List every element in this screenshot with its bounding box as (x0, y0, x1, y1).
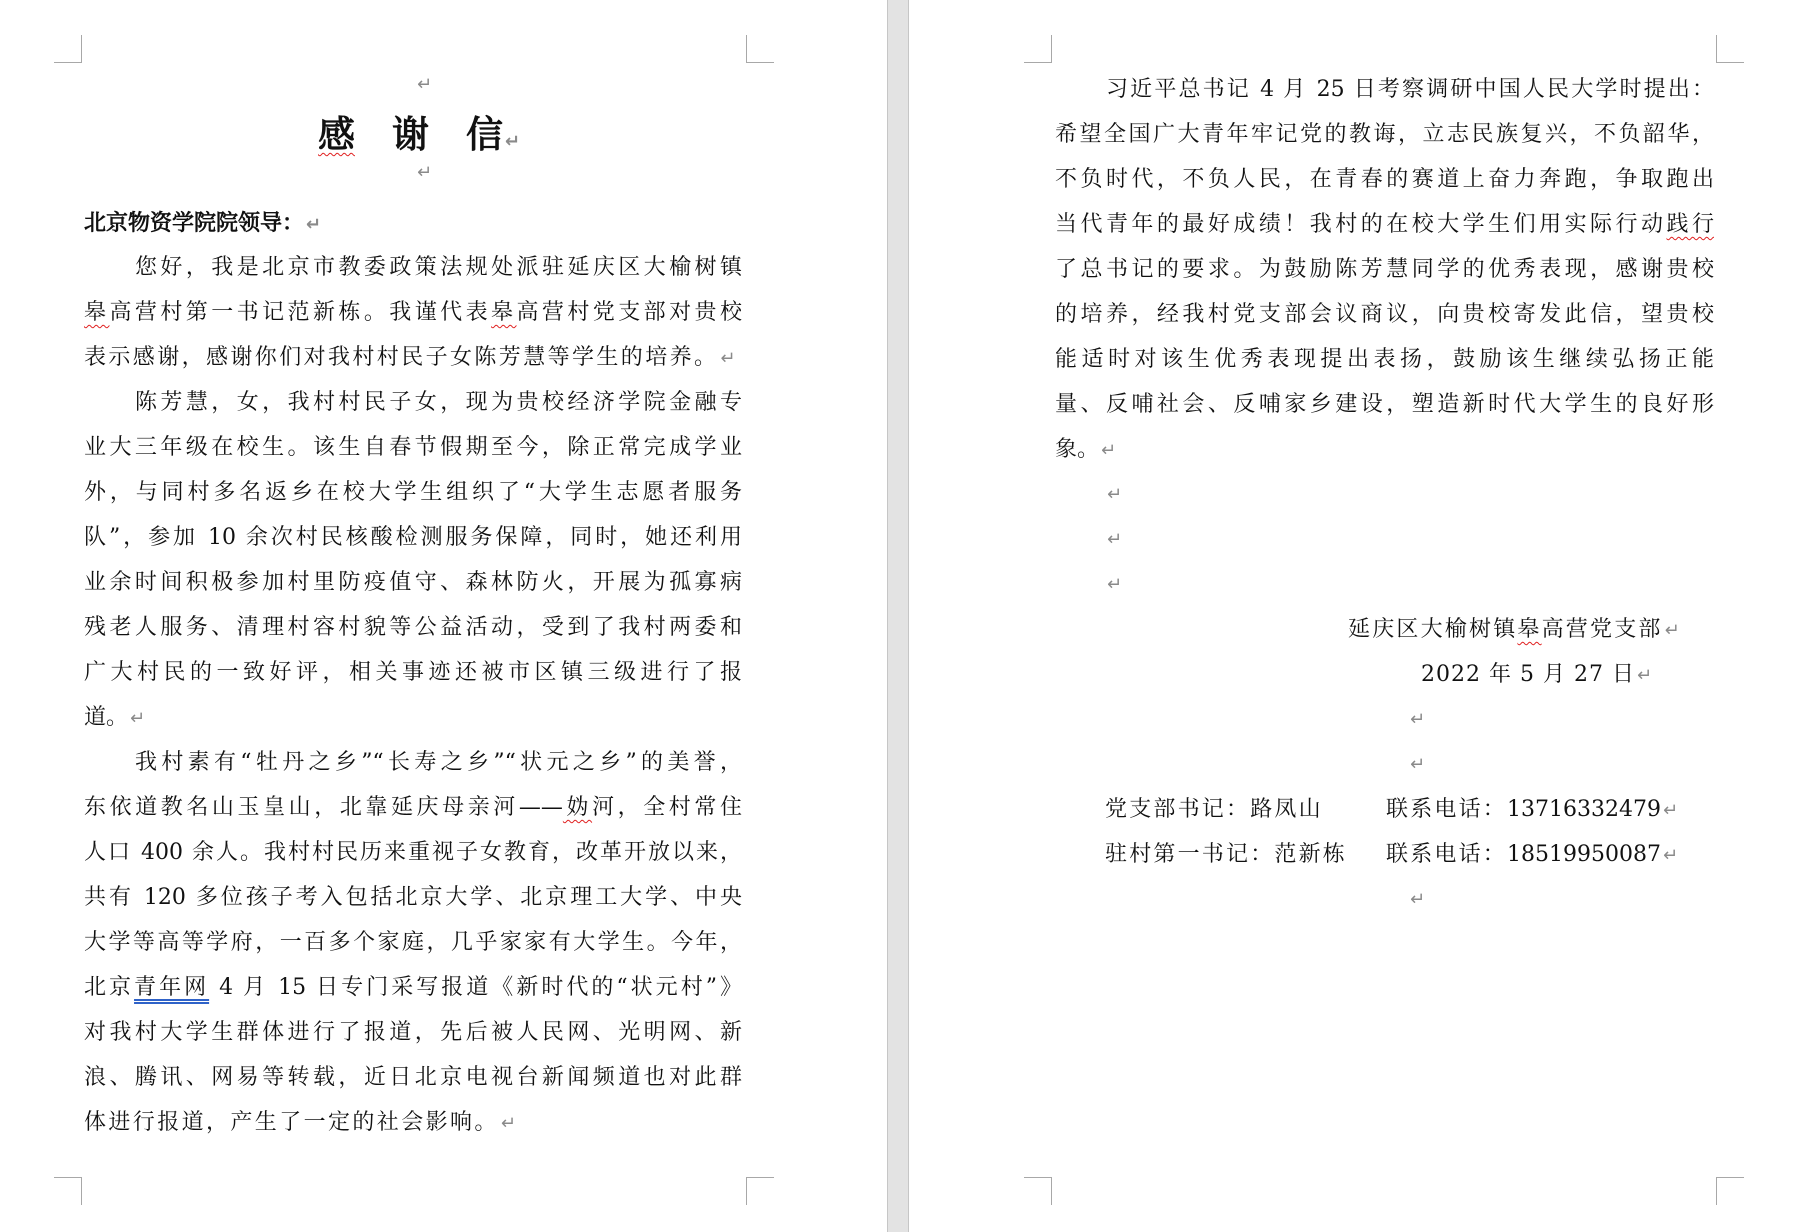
text-line: 量、反哺社会、反哺家乡建设，塑造新时代大学生的良好形 (1055, 390, 1714, 420)
spelling-flag: 皋 (84, 300, 109, 325)
text-line: 共有 120 多位孩子考入包括北京大学、北京理工大学、中央 (84, 883, 742, 913)
paragraph-mark: ↵ (417, 158, 432, 188)
paragraph-mark: ↵ (1107, 570, 1122, 600)
text-line: 我村素有“牡丹之乡”“长寿之乡”“状元之乡”的美誉， (135, 748, 742, 778)
text-line: 皋高营村第一书记范新栋。我谨代表皋高营村党支部对贵校 (84, 298, 742, 328)
text-line: 您好，我是北京市教委政策法规处派驻延庆区大榆树镇 (135, 253, 742, 283)
margin-corner-bottom-right (1716, 1177, 1744, 1205)
salutation-text: 北京物资学院院领导： (84, 210, 304, 236)
paragraph-mark: ↵ (501, 1113, 518, 1134)
margin-corner-bottom-right (746, 1177, 774, 1205)
text-line: 希望全国广大青年牢记党的教诲，立志民族复兴，不负韶华， (1055, 120, 1714, 150)
spelling-flag: 妫 (563, 795, 592, 820)
paragraph-mark: ↵ (720, 348, 737, 369)
text-line: 东依道教名山玉皇山，北靠延庆母亲河——妫河，全村常住 (84, 793, 742, 823)
spelling-flag: 皋 (491, 300, 516, 325)
contact-phone: 联系电话：18519950087↵ (1386, 840, 1680, 870)
text-line: 队”，参加 10 余次村民核酸检测服务保障，同时，她还利用 (84, 523, 742, 553)
text-line: 业大三年级在校生。该生自春节假期至今，除正常完成学业 (84, 433, 742, 463)
page-gap (887, 0, 909, 1232)
spelling-flag: 皋 (1517, 617, 1541, 642)
text-line: 浪、腾讯、网易等转载，近日北京电视台新闻频道也对此群 (84, 1063, 742, 1093)
text-line: 习近平总书记 4 月 25 日考察调研中国人民大学时提出： (1106, 75, 1714, 105)
paragraph-mark: ↵ (1107, 525, 1122, 555)
contact-phone: 联系电话：13716332479↵ (1386, 795, 1680, 825)
contact-row: 驻村第一书记：范新栋 (1105, 840, 1347, 870)
paragraph-mark: ↵ (1665, 620, 1682, 641)
document-page-2[interactable]: 习近平总书记 4 月 25 日考察调研中国人民大学时提出： 希望全国广大青年牢记… (909, 0, 1793, 1232)
spelling-flag: 践行 (1667, 212, 1714, 237)
paragraph-mark: ↵ (1107, 480, 1122, 510)
text-line: 广大村民的一致好评，相关事迹还被市区镇三级进行了报 (84, 658, 742, 688)
contact-role: 党支部书记：路凤山 (1105, 797, 1323, 822)
contact-role: 驻村第一书记：范新栋 (1105, 842, 1347, 867)
line-text: 表示感谢，感谢你们对我村村民子女陈芳慧等学生的培养。 (84, 345, 718, 370)
text-line: 了总书记的要求。为鼓励陈芳慧同学的优秀表现，感谢贵校 (1055, 255, 1714, 285)
phone-label: 联系电话： (1386, 842, 1507, 867)
line-text: 道。 (84, 705, 128, 730)
phone-label: 联系电话： (1386, 797, 1507, 822)
title-char: 谢 (392, 112, 429, 156)
paragraph-mark: ↵ (505, 131, 520, 152)
paragraph-mark: ↵ (1410, 705, 1425, 735)
text-line: 的培养，经我村党支部会议商议，向贵校寄发此信，望贵校 (1055, 300, 1714, 330)
paragraph-mark: ↵ (130, 708, 145, 729)
line-text: 象。 (1055, 437, 1099, 462)
paragraph-mark: ↵ (1663, 845, 1680, 866)
line-text: 北京 (84, 975, 134, 1000)
phone-number: 13716332479 (1507, 797, 1661, 822)
document-page-1[interactable]: ↵ 感谢信↵ ↵ 北京物资学院院领导：↵ 您好，我是北京市教委政策法规处派驻延庆… (0, 0, 887, 1232)
margin-corner-top-left (1024, 35, 1052, 63)
grammar-flag[interactable]: 青年网 (134, 975, 209, 1000)
signature-organization: 延庆区大榆树镇皋高营党支部↵ (1348, 615, 1682, 645)
margin-corner-bottom-left (1024, 1177, 1052, 1205)
paragraph-mark: ↵ (1410, 885, 1425, 915)
text-line: 人口 400 余人。我村村民历来重视子女教育，改革开放以来， (84, 838, 742, 868)
page-title: 感谢信↵ (318, 112, 520, 164)
line-text: 4 月 15 日专门采写报道《新时代的“状元村”》 (209, 975, 742, 1000)
signature-date: 2022 年 5 月 27 日↵ (1421, 660, 1653, 690)
margin-corner-top-right (746, 35, 774, 63)
margin-corner-top-left (54, 35, 82, 63)
title-char: 感 (318, 112, 355, 156)
paragraph-mark: ↵ (1410, 750, 1425, 780)
date-text: 2022 年 5 月 27 日 (1421, 662, 1635, 687)
text-line: 能适时对该生优秀表现提出表扬，鼓励该生继续弘扬正能 (1055, 345, 1714, 375)
margin-corner-top-right (1716, 35, 1744, 63)
text-line: 陈芳慧，女，我村村民子女，现为贵校经济学院金融专 (135, 388, 742, 418)
phone-number: 18519950087 (1507, 842, 1661, 867)
text-line: 外，与同村多名返乡在校大学生组织了“大学生志愿者服务 (84, 478, 742, 508)
text-line: 北京青年网 4 月 15 日专门采写报道《新时代的“状元村”》 (84, 973, 742, 1003)
title-char: 信 (466, 112, 503, 156)
text-line: 道。↵ (84, 703, 145, 733)
line-text: 体进行报道，产生了一定的社会影响。 (84, 1110, 499, 1135)
text-line: 对我村大学生群体进行了报道，先后被人民网、光明网、新 (84, 1018, 742, 1048)
text-line: 当代青年的最好成绩！我村的在校大学生们用实际行动践行 (1055, 210, 1714, 240)
text-line: 大学等高等学府，一百多个家庭，几乎家家有大学生。今年， (84, 928, 742, 958)
text-line: 残老人服务、清理村容村貌等公益活动，受到了我村两委和 (84, 613, 742, 643)
text-line: 体进行报道，产生了一定的社会影响。↵ (84, 1108, 518, 1138)
text-line: 象。↵ (1055, 435, 1116, 465)
salutation: 北京物资学院院领导：↵ (84, 208, 321, 238)
contact-row: 党支部书记：路凤山 (1105, 795, 1323, 825)
paragraph-mark: ↵ (1637, 665, 1653, 686)
text-line: 不负时代，不负人民，在青春的赛道上奋力奔跑，争取跑出 (1055, 165, 1714, 195)
text-line: 表示感谢，感谢你们对我村村民子女陈芳慧等学生的培养。↵ (84, 343, 738, 373)
paragraph-mark: ↵ (1663, 800, 1680, 821)
paragraph-mark: ↵ (1101, 440, 1116, 461)
paragraph-mark: ↵ (306, 214, 321, 235)
margin-corner-bottom-left (54, 1177, 82, 1205)
paragraph-mark: ↵ (417, 70, 432, 100)
text-line: 业余时间积极参加村里防疫值守、森林防火，开展为孤寡病 (84, 568, 742, 598)
